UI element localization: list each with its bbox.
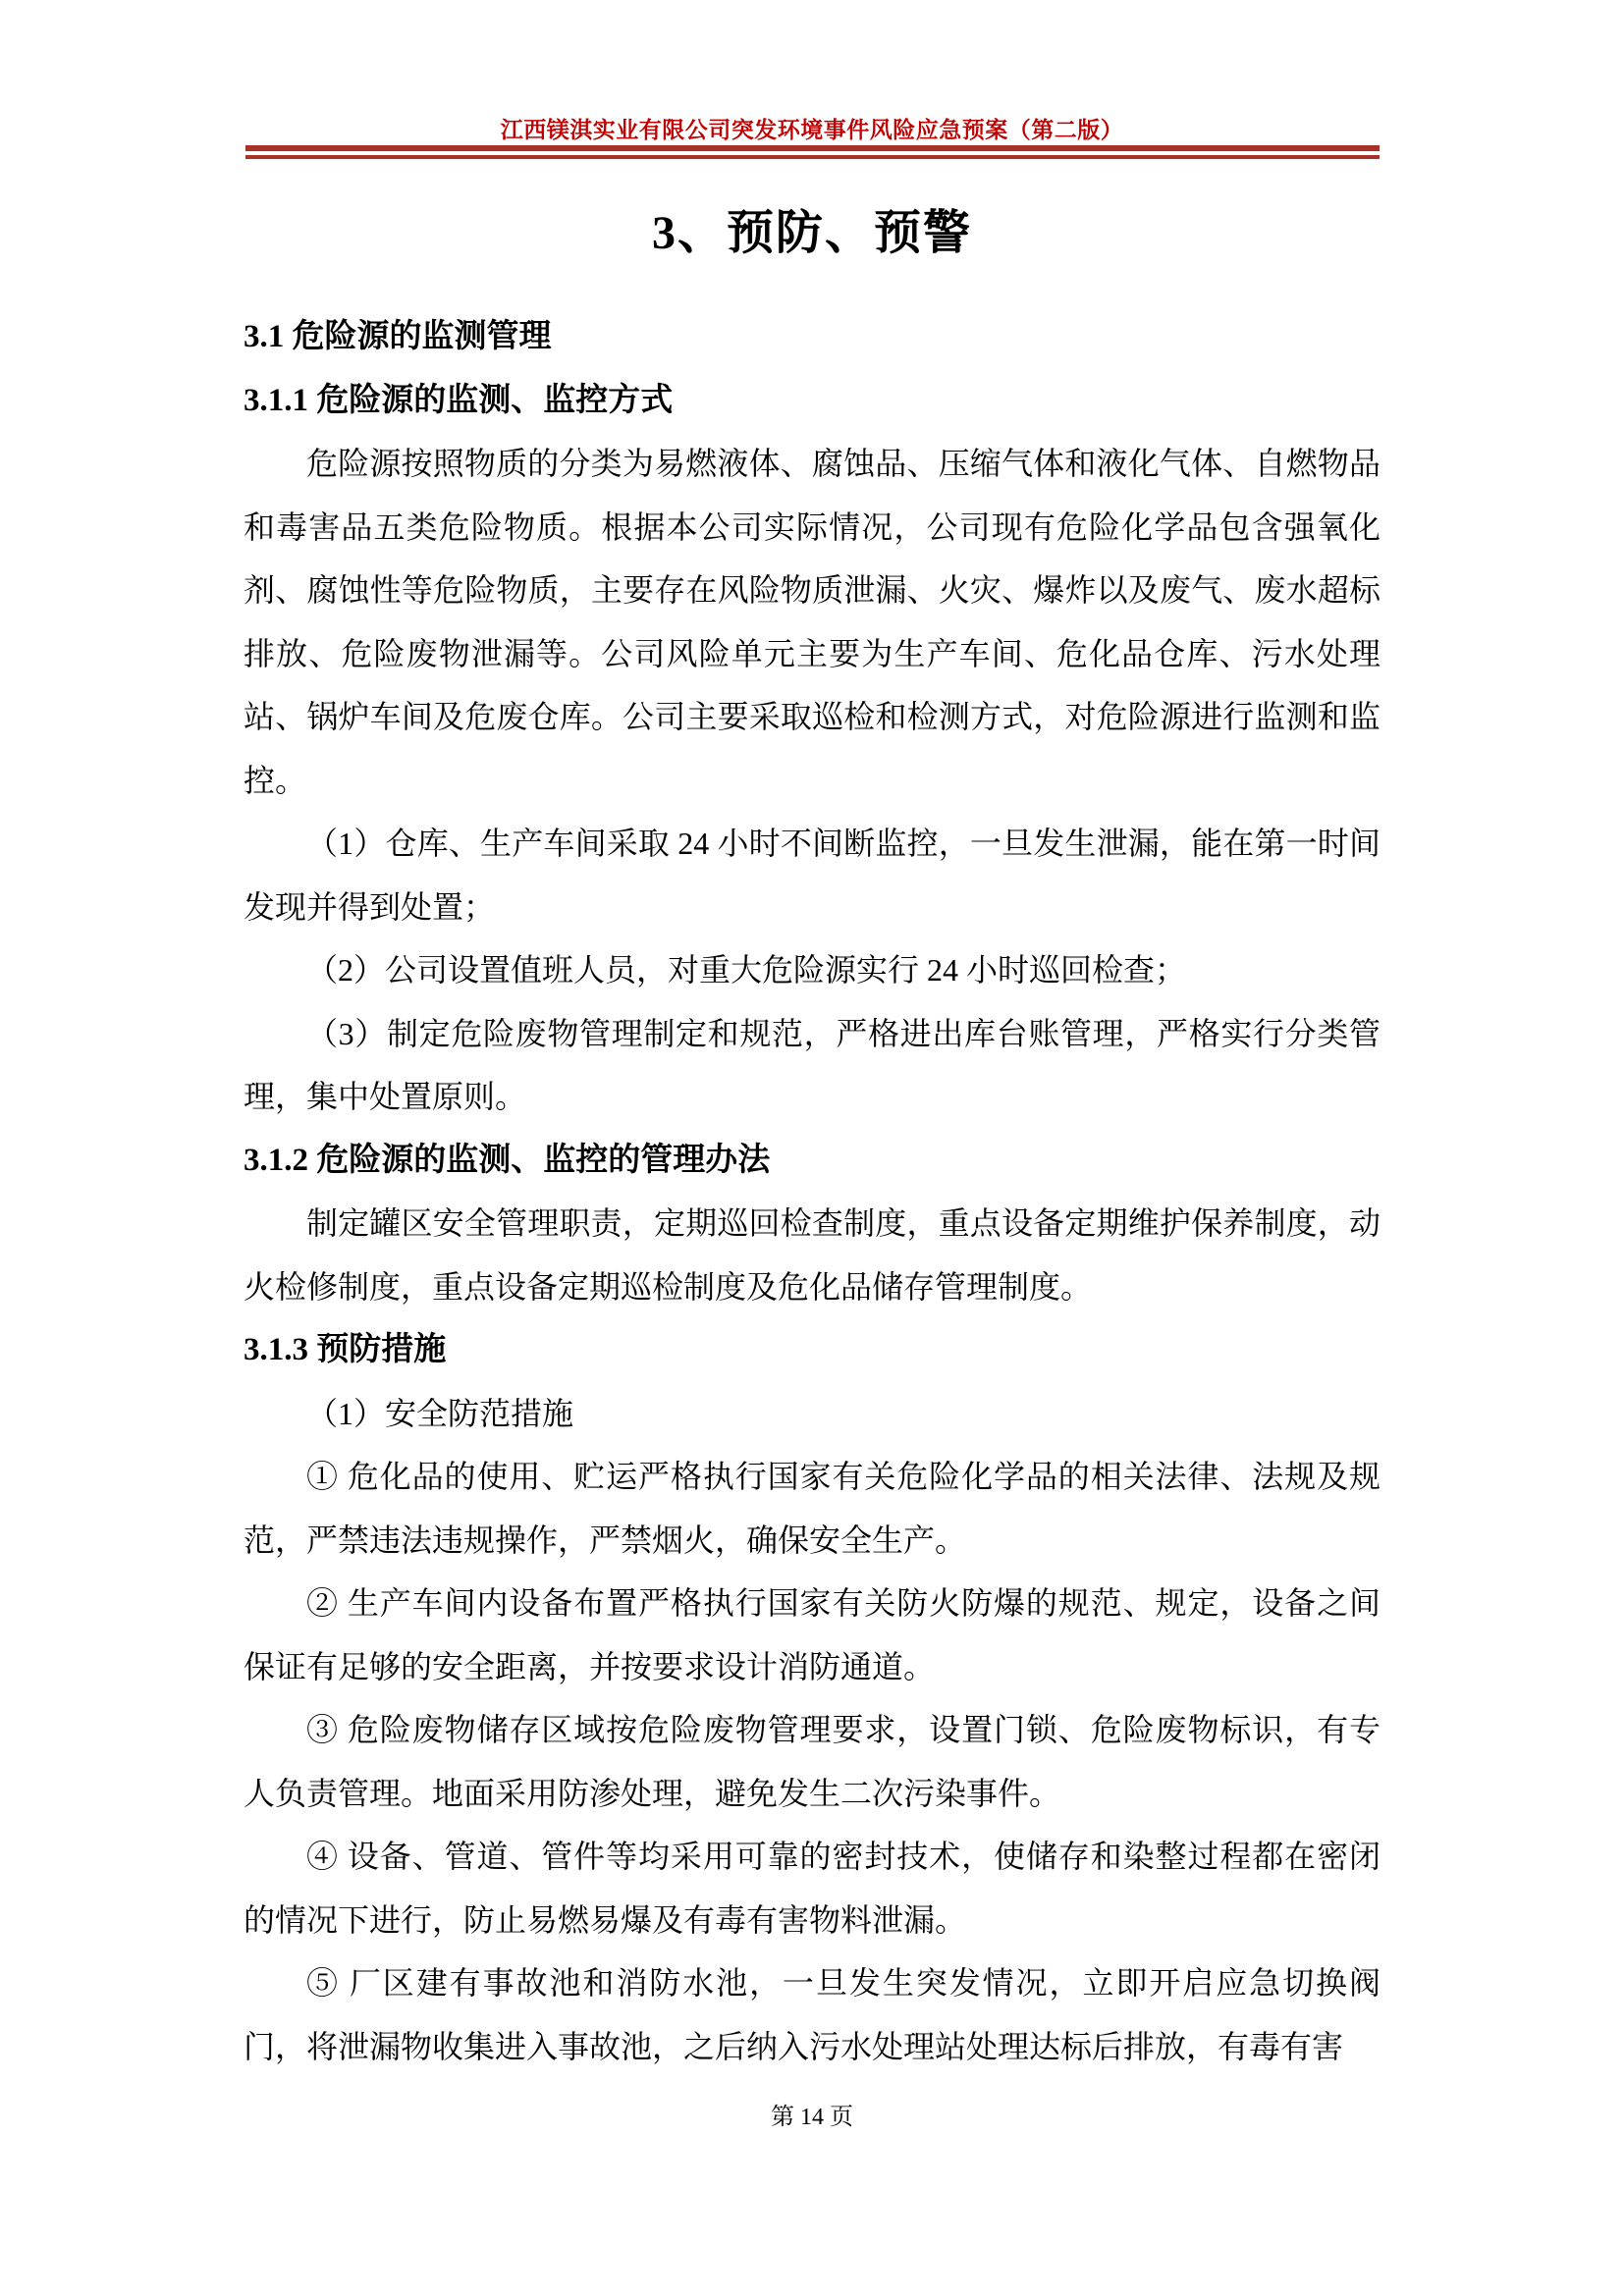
- section-heading-3-1-1: 3.1.1 危险源的监测、监控方式: [244, 369, 1380, 433]
- chapter-title: 3、预防、预警: [0, 204, 1624, 263]
- paragraph-item-1: （1）仓库、生产车间采取 24 小时不间断监控，一旦发生泄漏，能在第一时间发现并…: [244, 812, 1380, 938]
- paragraph-circled-5: ⑤ 厂区建有事故池和消防水池，一旦发生突发情况，立即开启应急切换阀门，将泄漏物收…: [244, 1951, 1380, 2078]
- header-rule-thick: [245, 145, 1380, 151]
- page-header-title: 江西镁淇实业有限公司突发环境事件风险应急预案（第二版）: [0, 112, 1624, 144]
- paragraph-circled-4: ④ 设备、管道、管件等均采用可靠的密封技术，使储存和染整过程都在密闭的情况下进行…: [244, 1825, 1380, 1951]
- header-rule-thin: [245, 155, 1380, 159]
- section-heading-3-1-3: 3.1.3 预防措施: [244, 1318, 1380, 1382]
- section-heading-3-1: 3.1 危险源的监测管理: [244, 305, 1380, 369]
- paragraph-circled-1: ① 危化品的使用、贮运严格执行国家有关危险化学品的相关法律、法规及规范，严禁违法…: [244, 1445, 1380, 1572]
- document-body: 3.1 危险源的监测管理 3.1.1 危险源的监测、监控方式 危险源按照物质的分…: [244, 305, 1380, 2078]
- document-page: 江西镁淇实业有限公司突发环境事件风险应急预案（第二版） 3、预防、预警 3.1 …: [0, 0, 1624, 2296]
- paragraph-item-2: （2）公司设置值班人员，对重大危险源实行 24 小时巡回检查；: [244, 938, 1380, 1002]
- section-heading-3-1-2: 3.1.2 危险源的监测、监控的管理办法: [244, 1129, 1380, 1193]
- paragraph-circled-3: ③ 危险废物储存区域按危险废物管理要求，设置门锁、危险废物标识，有专人负责管理。…: [244, 1698, 1380, 1825]
- paragraph: 制定罐区安全管理职责，定期巡回检查制度，重点设备定期维护保养制度，动火检修制度，…: [244, 1192, 1380, 1318]
- paragraph: 危险源按照物质的分类为易燃液体、腐蚀品、压缩气体和液化气体、自燃物品和毒害品五类…: [244, 432, 1380, 812]
- paragraph-circled-2: ② 生产车间内设备布置严格执行国家有关防火防爆的规范、规定，设备之间保证有足够的…: [244, 1572, 1380, 1698]
- paragraph-item-3: （3）制定危险废物管理制定和规范，严格进出库台账管理，严格实行分类管理，集中处置…: [244, 1002, 1380, 1129]
- paragraph-subitem-1: （1）安全防范措施: [244, 1382, 1380, 1446]
- footer-page-number: 第 14 页: [0, 2097, 1624, 2131]
